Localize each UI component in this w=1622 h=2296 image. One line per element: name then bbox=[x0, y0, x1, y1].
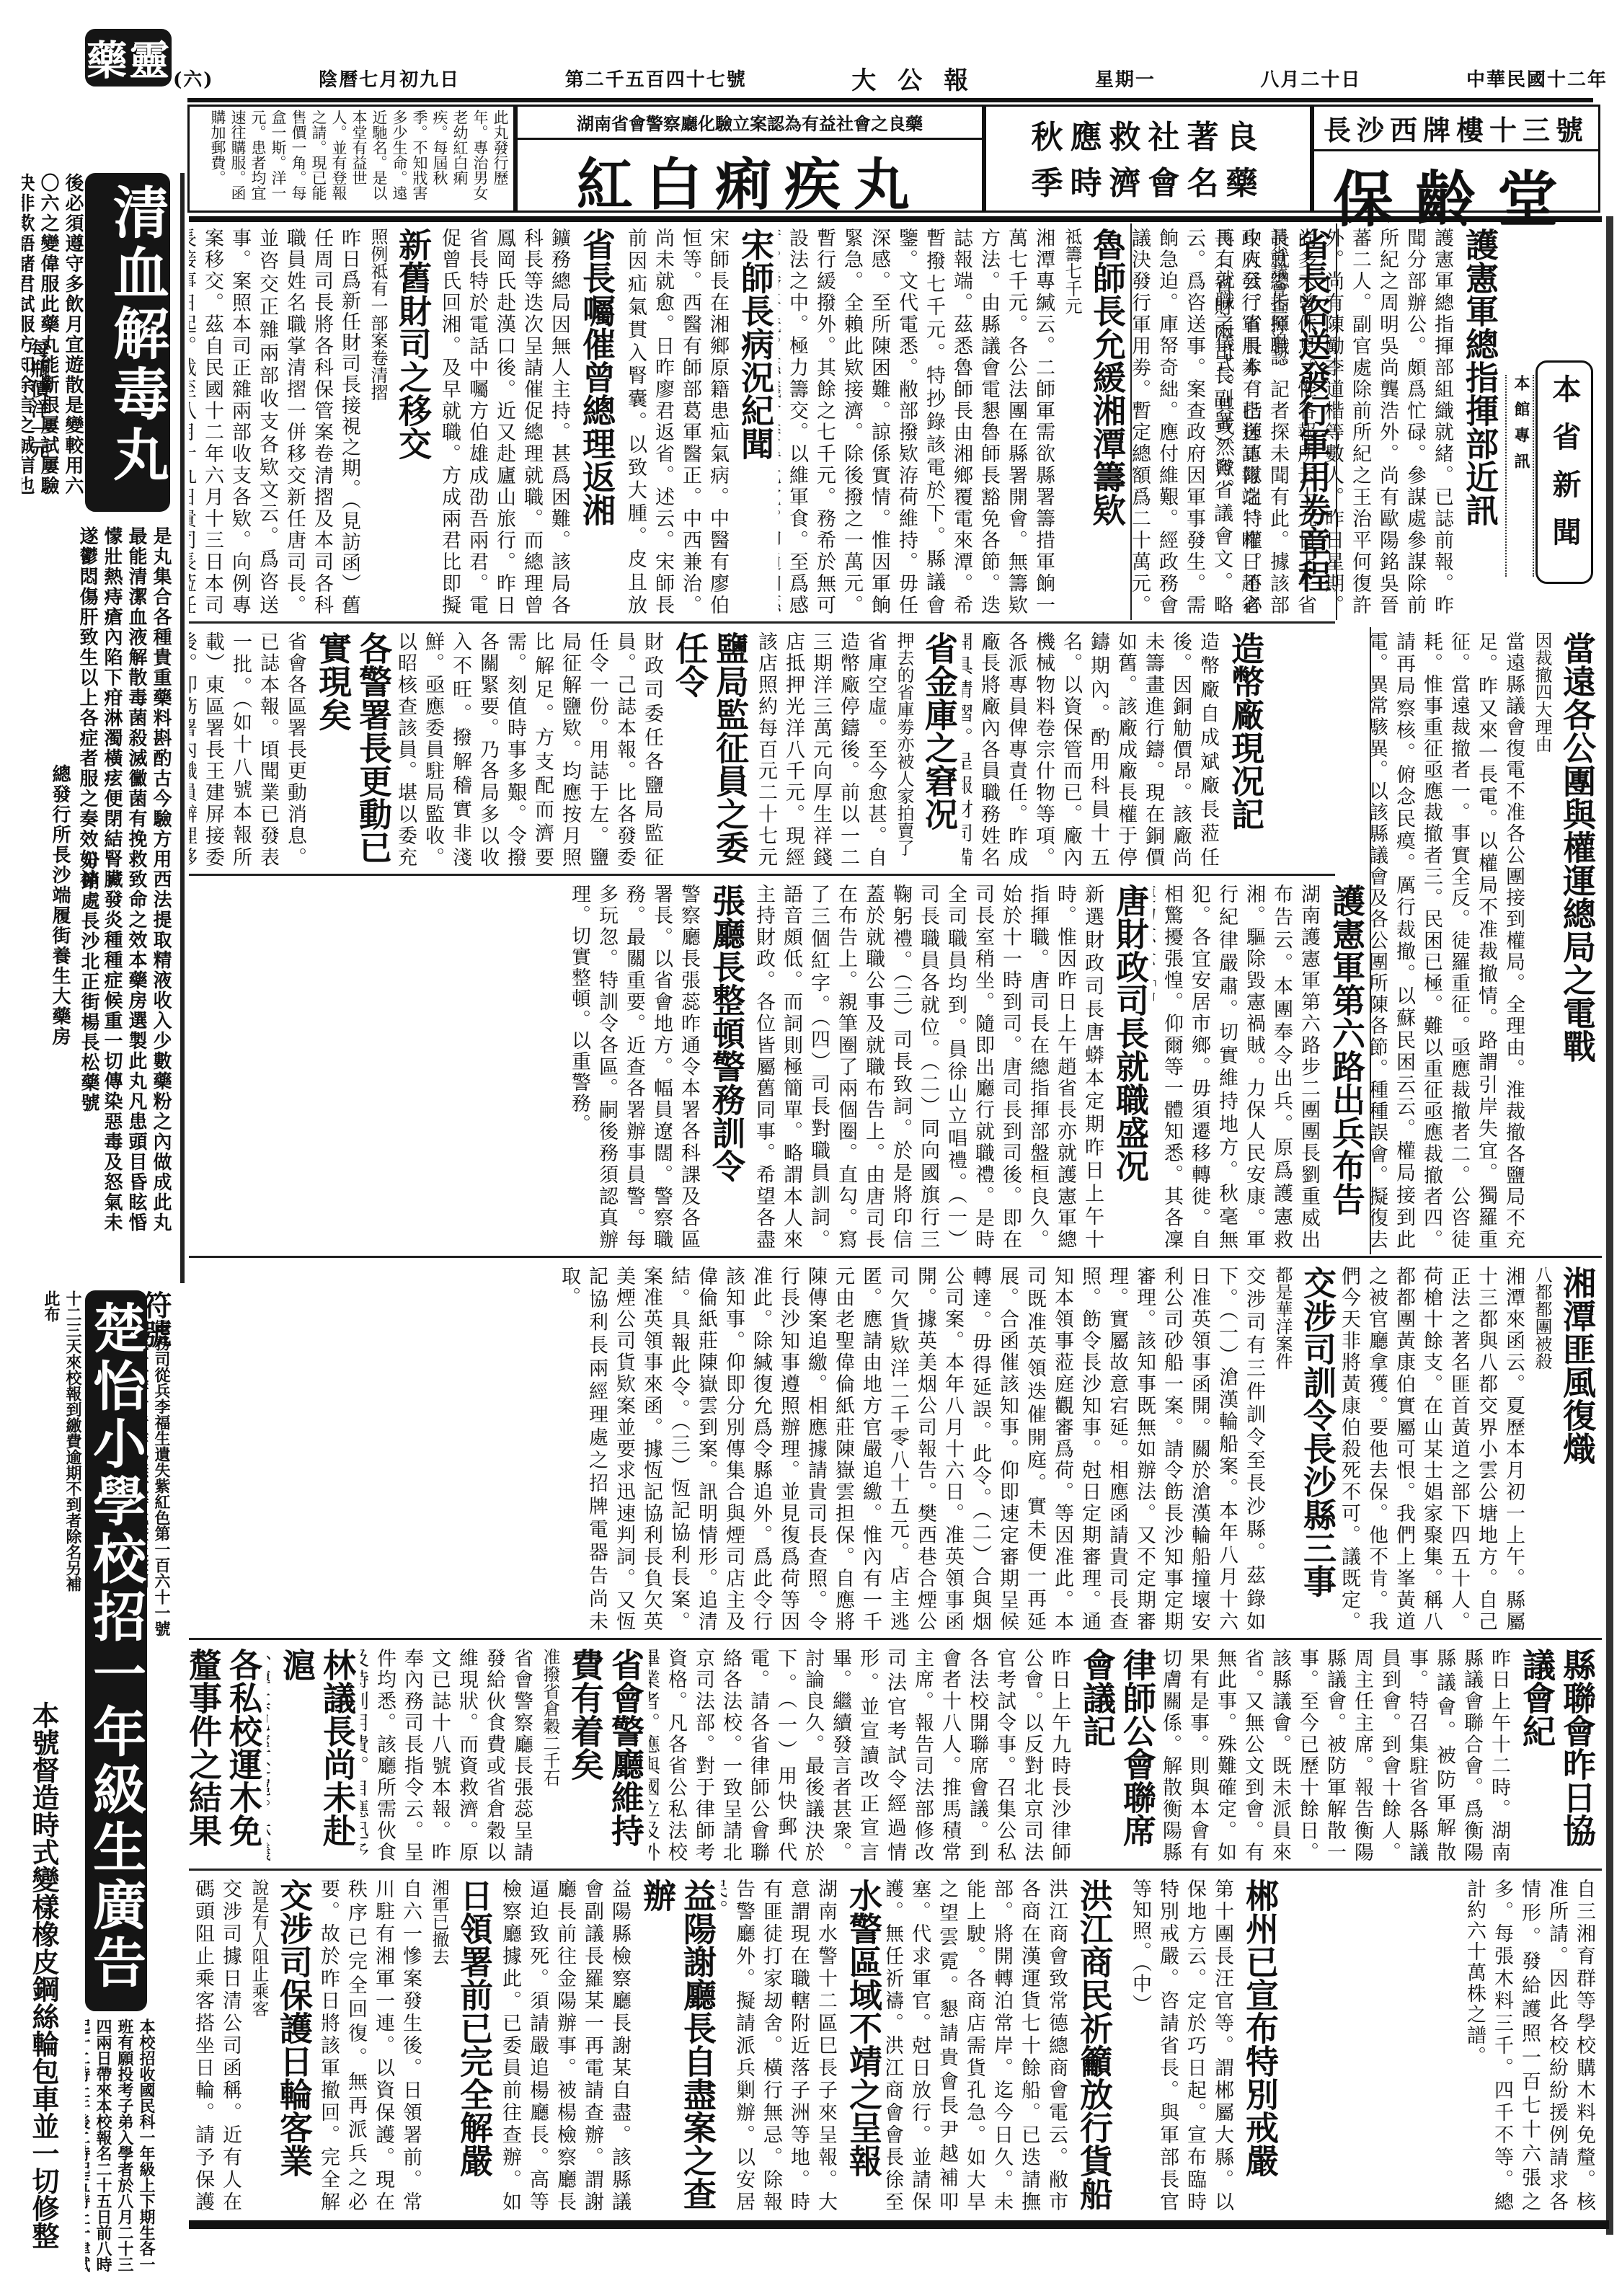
article-ri-ling-shu: 日領署前已完全解嚴 湘軍已撤去 自六一慘案發生後。日領署前。常川駐有湘軍一連。以… bbox=[317, 1874, 497, 2217]
article-headline: 造幣廠現况記 bbox=[1226, 631, 1266, 868]
school-ad-footer: 十二三天來校報到繳費逾期不到者除名另補此布 bbox=[59, 1290, 84, 1593]
article-shui-jing: 水警區域不靖之呈報 湖南水警十二區巳長子來呈報。大意謂現在職轄附近落子洲等地。時… bbox=[721, 1874, 887, 2217]
row5-rule bbox=[189, 1869, 1602, 1871]
article-zao-bi-chang: 造幣廠現况記 造幣廠自成斌廠長蒞任後。因銅觔價昂。該廠尚未籌畫進行鑄。現在銅價如… bbox=[962, 627, 1269, 872]
article-body: 益陽縣檢察廳長謝某自盡。該縣議會副議長羅某一再電請查辦。謂謝廳長前往金陽辦事。被… bbox=[497, 1879, 633, 2212]
article-headline: 律師公會聯席會議記 bbox=[1077, 1648, 1158, 1863]
article-subhead: 都是華洋案件 bbox=[1272, 1266, 1293, 1632]
article-subhead: 說是有人阻止乘客 bbox=[248, 1879, 270, 2212]
article-body: 新選財政司長唐蟒本定期昨日上午十時。惟因昨日上午趙省長亦就護憲軍總指揮職。唐司長… bbox=[750, 884, 1106, 1250]
left-ad-title: 靈藥 bbox=[85, 29, 172, 87]
article-jiao-she-si: 交涉司訓令長沙縣三事 都是華洋案件 交涉司有三件訓令至長沙縣。茲錄如下。（一）滄… bbox=[189, 1262, 1341, 1636]
article-subhead: 准撥省倉穀二千石 bbox=[539, 1648, 561, 1863]
article-cai-si-yi-jiao: 新舊財司之移交 照例祗有一部案卷清摺 昨日爲新任財司長接視之期。（見訪函）舊任周… bbox=[189, 223, 436, 620]
ad-baolingtang: 長沙西牌樓十三號 保齡堂 bbox=[1312, 105, 1600, 213]
article-subhead: 祗籌七千元 bbox=[1061, 228, 1083, 616]
article-body: 宋師長在湘鄉原籍患疝氣病。中醫有廖伯恒等。西醫有師部葛軍醫正。中西兼治。尚未就愈… bbox=[620, 228, 731, 616]
article-body: 湖南護憲軍第六路步二團團長劉重威出布告云。本團奉令出兵。原爲護憲救湘。驅除毀憲禍… bbox=[1153, 884, 1322, 1250]
article-headline: 當遠各公團與權運總局之電戰 bbox=[1557, 631, 1597, 1250]
article-headline: 省會警廳維持費有着矣 bbox=[565, 1648, 646, 1863]
article-zeng-zong-li: 省長囑催曾總理返湘 鑛務總局因無人主持。甚爲困難。該局各科長等迭次呈請催促總理就… bbox=[436, 223, 620, 620]
masthead-paper-name: 大公報 bbox=[851, 61, 990, 96]
article-hu-xian-liu-lu: 護憲軍第六路出兵布告 湖南護憲軍第六路步二團團長劉重威出布告云。本團奉令出兵。原… bbox=[1153, 879, 1370, 1254]
ad-hongbai-name: 紅白痢疾丸 bbox=[518, 140, 982, 221]
article-hu-xian-jun: 護憲軍總指揮部近訊 護憲軍總指揮部組織就緒。已誌前報。昨聞分部辦公。頗爲忙碌。參… bbox=[1337, 223, 1503, 620]
masthead-weekday: 星期一 bbox=[1095, 65, 1156, 92]
row2-rule bbox=[189, 874, 1335, 876]
article-headline: 鹽局監征員之委任令 bbox=[670, 631, 750, 868]
article-headline: 交涉司保護日輪客業 bbox=[274, 1879, 314, 2212]
article-body: 自六一慘案發生後。日領署前。常川駐有湘軍一連。以資保護。現在秩序已完全回復。無再… bbox=[317, 1879, 424, 2212]
masthead-date-roc: 中華民國十二年 bbox=[1466, 65, 1608, 92]
article-headline: 省金庫之窘况 bbox=[919, 631, 960, 868]
article-si-xiao: 各私校運木免釐事件之結果 發護照百七十六張之多 bbox=[189, 1644, 267, 1867]
article-headline: 日領署前已完全解嚴 bbox=[454, 1879, 495, 2212]
article-body: 昨日上午九時長沙律師公會。以反對北京司法官考試令事。召集公私各法校開聯席會議。到… bbox=[649, 1648, 1073, 1863]
article-body: 自三湘育群等學校購木料免釐。核准所請。因此各校紛紛援例請求各情形。發給護照一百七… bbox=[1461, 1879, 1597, 2212]
article-subhead: 押去的省庫劵亦被人家拍賣了 bbox=[893, 631, 915, 868]
article-jun-yong-quan: 省長咨送發行軍用劵章程 請省議會查照追認 政府發行軍用劵。已送誌報端。昨日趙省長… bbox=[1132, 223, 1337, 620]
article-jing-shu: 各警署長更動已實現矣 省會各區署長更動消息。已誌本報。頃聞業已發表一批。（如十八… bbox=[189, 627, 396, 872]
article-headline: 洪江商民祈籲放行貨船 bbox=[1074, 1879, 1114, 2212]
masthead-date: 八月二十日 bbox=[1260, 65, 1361, 92]
article-subhead: 照例祗有一部案卷清摺 bbox=[367, 228, 389, 616]
ad-hongbai: 湖南省會警察廳化驗立案認為有益社會之良藥 紅白痢疾丸 bbox=[515, 105, 984, 213]
article-dang-yuan: 當遠各公團與權運總局之電戰 因裁撤四大理由 當遠縣議會復電不准各公團接到權局。全… bbox=[1370, 627, 1600, 1254]
article-headline: 交涉司訓令長沙縣三事 bbox=[1298, 1266, 1338, 1632]
article-headline: 宋師長病況紀聞 bbox=[735, 228, 776, 616]
row1-rule bbox=[189, 621, 1335, 624]
qingxue-ad-branch: 分銷處長沙北正街楊長松藥號 bbox=[72, 851, 101, 1254]
article-body: 昨日爲新任財司長接視之期。（見訪函）舊任周司長將各科保管案卷清摺及本司各科職員姓… bbox=[189, 228, 363, 616]
article-body: 造幣廠自成斌廠長蒞任後。因銅觔價昂。該廠尚未籌畫進行鑄。現在銅價如舊。該廠成廠長… bbox=[962, 631, 1221, 868]
article-headline: 張廳長整頓警務訓令 bbox=[706, 884, 747, 1250]
article-headline: 郴州已宣布特別戒嚴 bbox=[1240, 1879, 1280, 2212]
top-frame-rule bbox=[189, 216, 1602, 222]
article-lu-shi-gong-hui: 律師公會聯席會議記 昨日上午九時長沙律師公會。以反對北京司法官考試令事。召集公私… bbox=[649, 1644, 1161, 1867]
left-column-rule bbox=[180, 173, 185, 1283]
bottom-frame-rule bbox=[189, 2220, 1609, 2229]
ad-baolingtang-address: 長沙西牌樓十三號 bbox=[1314, 107, 1598, 151]
article-body: 洪江商會致常德總商會電云。敝市各商在漢運貨七十餘船。已迭請撫部。將開轉泊常岸。迄… bbox=[887, 1879, 1070, 2212]
qingxue-ad-price: 每瓶價洋一元 bbox=[22, 339, 50, 505]
article-headline: 各私校運木免釐事件之結果 bbox=[189, 1648, 264, 1863]
article-body: 第十團長汪官等。謂郴屬大縣。以保地方云。定於巧日起。宣布臨時特別戒嚴。咨請省長。… bbox=[1126, 1879, 1236, 2212]
article-yan-ju: 鹽局監征員之委任令 財政司委任各鹽局監征員。己誌本報。比各發委任令一份。用誌于左… bbox=[396, 627, 753, 872]
article-headline: 護憲軍總指揮部近訊 bbox=[1460, 228, 1500, 616]
article-body: 省會警察廳長張蕊呈請發給伙食費或省倉穀以維現狀。而資救濟。原文已誌十八號本報。昨… bbox=[360, 1648, 535, 1863]
row4-rule bbox=[189, 1638, 1602, 1640]
ad-hongbai-description: 此丸發行歷年。專治男女老幼紅白痢疾。每屆秋季。不知戕害多少生命。遠近馳名。是以本… bbox=[187, 105, 515, 213]
section-sublabel: 本館專訊 bbox=[1505, 375, 1534, 577]
article-subhead: 湘軍已撤去 bbox=[428, 1879, 450, 2212]
article-body: 省會各區署長更動消息。已誌本報。頃聞業已發表一批。（如十八號本報所載）東區署長王… bbox=[189, 631, 309, 868]
article-jiao-she-bao-hu: 交涉司保護日輪客業 說是有人阻止乘客 交涉司據日清公司函稱。近有人在碼頭阻止乘客… bbox=[189, 1874, 317, 2217]
qingxue-ad-name: 清血解毒丸 bbox=[85, 173, 170, 512]
qingxue-ad-seller: 總發行所長沙端履街養生大藥房 bbox=[43, 764, 72, 1269]
article-headline: 省長咨送發行軍用劵章程 bbox=[1293, 228, 1333, 616]
article-body: 湘潭來函云。夏歷本月初一上午。縣屬十三都與八都交界小雲公塘地方。自己正法之著名匪… bbox=[1341, 1266, 1527, 1632]
ad-qiuying-line1: 秋應救社著良 bbox=[991, 111, 1306, 157]
section-label-local-news: 本省新聞 bbox=[1535, 360, 1593, 584]
school-ad-body: 本校招收國民科一年級上下期生各一班有願投考子弟入學者於八月二十三四兩日帶來本校報… bbox=[85, 2018, 157, 2278]
masthead-lunar-date: 陰曆七月初九日 bbox=[319, 65, 460, 92]
notice-body: 軍務司從兵李福生遺失紫紅色第一百六十一號符號一枚所有者作爲無效特此登報聲明 bbox=[148, 1319, 172, 1636]
article-headline: 林議長尚未赴滬 bbox=[277, 1648, 358, 1863]
article-body: 湘潭專緘云。二師軍需欲縣署籌措軍餉一萬七千元。各公法團在縣署開會。無籌欵方法。由… bbox=[779, 228, 1057, 616]
article-headline: 縣聯會昨日協議會紀 bbox=[1517, 1648, 1597, 1863]
far-left-ad: 本號督造時式變樣橡皮鋼絲輪包車並一切修整 bbox=[29, 1701, 63, 2278]
article-song-shi-zhang: 宋師長病況紀聞 宋師長在湘鄉原籍患疝氣病。中醫有廖伯恒等。西醫有師部葛軍醫正。中… bbox=[620, 223, 779, 620]
ad-qiuying: 秋應救社著良 季時濟會名藥 bbox=[984, 105, 1312, 213]
masthead-page: (六) bbox=[173, 65, 214, 92]
article-body: 外傳其已經赴滬。林議長特於十四日赴漢數日矣。又漢口報紙。亦有林議長十四日赴滬之紀… bbox=[267, 1648, 272, 1863]
article-body: 鑛務總局因無人主持。甚爲困難。該局各科長等迭次呈請催促總理就職。而總理曾鳳岡氏赴… bbox=[436, 228, 572, 616]
article-body: 警察廳長張蕊昨通令本署各科課及各區署長。以省會地方。幅員遼闊。警察職務。最關重要… bbox=[565, 884, 702, 1250]
article-body: 省庫空虛。至今愈甚。自造幣廠停鑄後。前以一二三期洋三萬元向厚生祥錢店抵押光洋八千… bbox=[753, 631, 889, 868]
article-headline: 省長囑催曾總理返湘 bbox=[577, 228, 617, 616]
right-frame-rule bbox=[1606, 216, 1613, 2235]
article-headline: 新舊財司之移交 bbox=[393, 228, 433, 616]
article-body: 湖南水警十二區巳長子來呈報。大意謂現在職轄附近落子洲等地。時有匪徒打家刼舍。橫行… bbox=[721, 1879, 839, 2212]
article-body: 財政司委任各鹽局監征員。己誌本報。比各發委任令一份。用誌于左。鹽局征解鹽欵。均應… bbox=[396, 631, 665, 868]
article-lu-shi-zhang: 魯師長允緩湘潭籌欵 祗籌七千元 湘潭專緘云。二師軍需欲縣署籌措軍餉一萬七千元。各… bbox=[779, 223, 1132, 620]
article-lin-yi-zhang: 林議長尚未赴滬 外傳其已經赴滬。林議長特於十四日赴漢數日矣。又漢口報紙。亦有林議… bbox=[267, 1644, 360, 1867]
article-headline: 唐財政司長就職盛况 bbox=[1110, 884, 1151, 1250]
article-jin-ku: 省金庫之窘况 押去的省庫劵亦被人家拍賣了 省庫空虛。至今愈甚。自造幣廠停鑄後。前… bbox=[753, 627, 962, 872]
article-headline: 湘潭匪風復熾 bbox=[1557, 1266, 1597, 1632]
article-body: 交涉司據日清公司函稱。近有人在碼頭阻止乘客搭坐日輪。請予保護等情。當即函請警廳派… bbox=[189, 1879, 244, 2212]
masthead-issue: 第二千五百四十七號 bbox=[565, 65, 747, 92]
article-xiangtan-fei: 湘潭匪風復熾 八都都團被殺 湘潭來函云。夏歷本月初一上午。縣屬十三都與八都交界小… bbox=[1341, 1262, 1600, 1636]
article-body: 交涉司有三件訓令至長沙縣。茲錄如下。（一）滄漢輪船案。本年八月十六日准英領事函開… bbox=[555, 1266, 1267, 1632]
masthead: 中華民國十二年 八月二十日 星期一 大公報 第二千五百四十七號 陰曆七月初九日 … bbox=[173, 63, 1608, 92]
masthead-rule bbox=[187, 98, 1593, 102]
article-body: 昨日上午十二時。湖南縣議會聯合會。爲衡陽縣議會。被防軍解散事。特召集駐省各縣議員… bbox=[1161, 1648, 1512, 1863]
school-ad-name: 楚怡小學校招一年級生廣告 bbox=[85, 1290, 147, 2011]
article-xian-lian-hui: 縣聯會昨日協議會紀 昨日上午十二時。湖南縣議會聯合會。爲衡陽縣議會。被防軍解散事… bbox=[1161, 1644, 1600, 1867]
article-hongjiang: 洪江商民祈籲放行貨船 洪江商會致常德總商會電云。敝市各商在漢運貨七十餘船。已迭請… bbox=[887, 1874, 1117, 2217]
article-chenzhou: 郴州已宣布特別戒嚴 第十團長汪官等。謂郴屬大縣。以保地方云。定於巧日起。宣布臨時… bbox=[1117, 1874, 1283, 2217]
article-si-xiao-body: 自三湘育群等學校購木料免釐。核准所請。因此各校紛紛援例請求各情形。發給護照一百七… bbox=[1283, 1874, 1600, 2217]
article-subhead: 請省議會查照追認 bbox=[1267, 228, 1288, 616]
article-headline: 魯師長允緩湘潭籌欵 bbox=[1087, 228, 1127, 616]
article-headline: 各警署長更動已實現矣 bbox=[313, 631, 394, 868]
row3-rule bbox=[189, 1256, 1602, 1258]
article-subhead: 八都都團被殺 bbox=[1531, 1266, 1553, 1632]
article-body: 當遠縣議會復電不准各公團接到權局。全理由。淮裁撤各鹽局不充足。昨又來一長電。以權… bbox=[1370, 631, 1527, 1250]
ad-qiuying-line2: 季時濟會名藥 bbox=[991, 157, 1306, 203]
ad-hongbai-tagline: 湖南省會警察廳化驗立案認為有益社會之良藥 bbox=[518, 107, 982, 140]
article-headline: 水警區域不靖之呈報 bbox=[843, 1879, 884, 2212]
article-headline: 護憲軍第六路出兵布告 bbox=[1326, 884, 1367, 1250]
article-zhang-ting-zhang: 張廳長整頓警務訓令 警察廳長張蕊昨通令本署各科課及各區署長。以省會地方。幅員遼闊… bbox=[189, 879, 750, 1254]
article-body: 政府發行軍用劵。已送誌報端。昨日趙省長（省財兩司長副署）咨省議會文。略云。爲咨送… bbox=[1132, 228, 1262, 616]
article-yiyang: 益陽謝廳長自盡案之查辦 益陽縣檢察廳長謝某自盡。該縣議會副議長羅某一再電請查辦。… bbox=[497, 1874, 721, 2217]
article-subhead: 因裁撤四大理由 bbox=[1531, 631, 1553, 1250]
article-tang-cai-zheng: 唐財政司長就職盛况 新選財政司長唐蟒本定期昨日上午十時。惟因昨日上午趙省長亦就護… bbox=[750, 879, 1153, 1254]
article-headline: 益陽謝廳長自盡案之查辦 bbox=[637, 1879, 718, 2212]
article-sheng-hui-jing-cha: 省會警廳維持費有着矣 准撥省倉穀二千石 省會警察廳長張蕊呈請發給伙食費或省倉穀以… bbox=[360, 1644, 649, 1867]
